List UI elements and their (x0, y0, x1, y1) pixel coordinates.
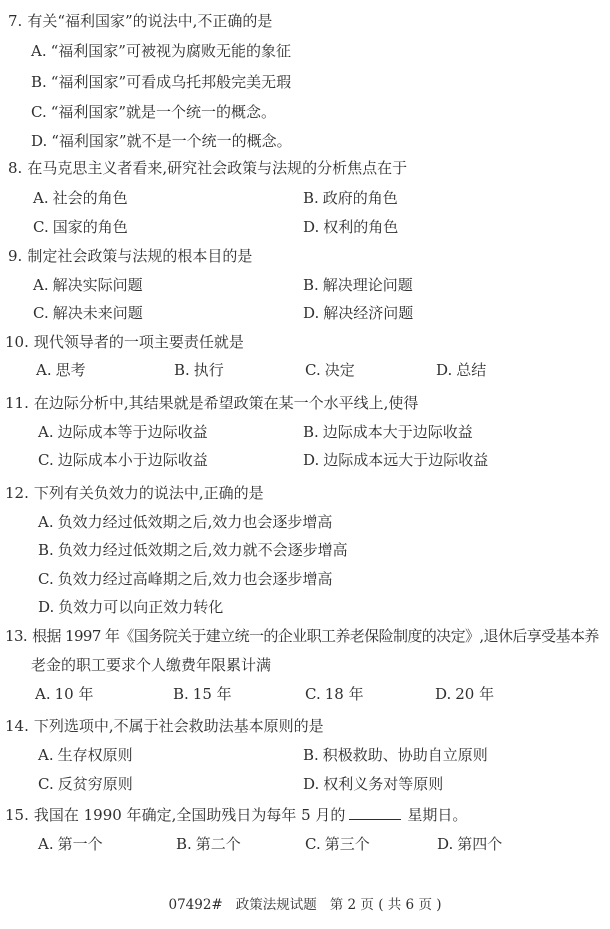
question-7-option-b: B.“福利国家”可看成乌托邦般完美无瑕 (31, 72, 291, 92)
option-label: A. (36, 361, 52, 379)
question-14-text: 14.下列选项中,不属于社会救助法基本原则的是 (5, 716, 324, 736)
question-12-option-b: B.负效力经过低效期之后,效力就不会逐步增高 (38, 540, 348, 560)
option-label: B. (303, 276, 319, 294)
option-label: B. (38, 541, 54, 559)
option-label: A. (33, 189, 49, 207)
option-label: A. (31, 42, 47, 60)
question-9-number: 9. (8, 247, 22, 265)
exam-code: 07492# (168, 897, 222, 913)
question-12-option-c: C.负效力经过高峰期之后,效力也会逐步增高 (38, 569, 333, 589)
option-label: D. (435, 685, 451, 703)
option-text: 负效力可以向正效力转化 (58, 598, 223, 616)
question-7-option-d: D.“福利国家”就不是一个统一的概念。 (31, 131, 292, 151)
option-label: B. (176, 835, 192, 853)
option-text: 解决未来问题 (53, 304, 143, 322)
option-label: D. (303, 775, 319, 793)
question-11-number: 11. (5, 394, 29, 412)
option-text: 执行 (194, 361, 224, 379)
option-text: 权利义务对等原则 (323, 775, 443, 793)
exam-title: 政策法规试题 (236, 897, 317, 913)
question-15-stem-after: 星期日。 (407, 806, 467, 824)
option-text: 思考 (56, 361, 86, 379)
question-15-option-a: A.第一个 (38, 834, 103, 854)
option-label: D. (303, 451, 319, 469)
question-15-text: 15.我国在 1990 年确定,全国助残日为每年 5 月的星期日。 (5, 805, 467, 825)
question-13-text-line2: 老金的职工要求个人缴费年限累计满 (31, 655, 271, 675)
question-11-option-d: D.边际成本远大于边际收益 (303, 450, 488, 470)
option-label: B. (303, 746, 319, 764)
question-7-stem: 有关“福利国家”的说法中,不正确的是 (27, 12, 272, 30)
option-label: C. (305, 361, 321, 379)
option-label: A. (38, 423, 54, 441)
option-text: 负效力经过低效期之后,效力也会逐步增高 (58, 513, 333, 531)
option-text: 权利的角色 (323, 218, 398, 236)
question-11-option-a: A.边际成本等于边际收益 (38, 422, 208, 442)
question-13-option-c: C.18 年 (305, 684, 364, 704)
option-text: 政府的角色 (323, 189, 398, 207)
question-7-text: 7.有关“福利国家”的说法中,不正确的是 (8, 11, 272, 31)
question-13-text-line1: 13.根据 1997 年《国务院关于建立统一的企业职工养老保险制度的决定》,退休… (5, 626, 599, 646)
option-text: “福利国家”就不是一个统一的概念。 (51, 132, 291, 150)
option-label: A. (33, 276, 49, 294)
option-label: C. (305, 685, 321, 703)
question-11-option-c: C.边际成本小于边际收益 (38, 450, 208, 470)
option-text: 边际成本小于边际收益 (58, 451, 208, 469)
question-10-option-a: A.思考 (36, 360, 86, 380)
question-8-option-b: B.政府的角色 (303, 188, 398, 208)
option-label: C. (305, 835, 321, 853)
question-13-stem-continued: 老金的职工要求个人缴费年限累计满 (31, 656, 271, 674)
option-label: C. (33, 304, 49, 322)
question-12-stem: 下列有关负效力的说法中,正确的是 (34, 484, 264, 502)
question-10-option-d: D.总结 (436, 360, 486, 380)
question-12-option-a: A.负效力经过低效期之后,效力也会逐步增高 (38, 512, 332, 532)
option-label: C. (38, 570, 54, 588)
option-text: 第四个 (457, 835, 502, 853)
question-13-number: 13. (5, 627, 27, 645)
question-11-stem: 在边际分析中,其结果就是希望政策在某一个水平线上,使得 (34, 394, 419, 412)
question-13-stem: 根据 1997 年《国务院关于建立统一的企业职工养老保险制度的决定》,退休后享受… (32, 627, 599, 645)
option-label: B. (303, 189, 319, 207)
question-11-option-b: B.边际成本大于边际收益 (303, 422, 473, 442)
question-12-text: 12.下列有关负效力的说法中,正确的是 (5, 483, 264, 503)
option-text: “福利国家”可被视为腐败无能的象征 (51, 42, 291, 60)
option-text: 社会的角色 (53, 189, 128, 207)
question-10-option-b: B.执行 (174, 360, 224, 380)
question-15-option-b: B.第二个 (176, 834, 241, 854)
option-text: 生存权原则 (58, 746, 133, 764)
question-8-option-a: A.社会的角色 (33, 188, 128, 208)
option-text: 反贫穷原则 (58, 775, 133, 793)
option-text: 边际成本大于边际收益 (323, 423, 473, 441)
question-15-option-d: D.第四个 (437, 834, 502, 854)
option-text: 第三个 (325, 835, 370, 853)
option-label: B. (303, 423, 319, 441)
option-text: 积极救助、协助自立原则 (323, 746, 488, 764)
question-14-option-a: A.生存权原则 (38, 745, 133, 765)
option-text: 边际成本等于边际收益 (58, 423, 208, 441)
exam-page: 7.有关“福利国家”的说法中,不正确的是 A.“福利国家”可被视为腐败无能的象征… (0, 0, 610, 929)
question-12-option-d: D.负效力可以向正效力转化 (38, 597, 223, 617)
question-15-stem-before: 我国在 1990 年确定,全国助残日为每年 5 月的 (34, 806, 346, 824)
page-number: 第 2 页 ( 共 6 页 ) (330, 897, 442, 913)
question-8-option-d: D.权利的角色 (303, 217, 398, 237)
question-14-number: 14. (5, 717, 29, 735)
option-text: “福利国家”可看成乌托邦般完美无瑕 (51, 73, 291, 91)
option-label: A. (35, 685, 51, 703)
option-label: A. (38, 513, 54, 531)
question-9-option-c: C.解决未来问题 (33, 303, 143, 323)
question-10-text: 10.现代领导者的一项主要责任就是 (5, 332, 244, 352)
option-text: 20 年 (455, 685, 494, 703)
question-8-number: 8. (8, 159, 22, 177)
option-label: D. (437, 835, 453, 853)
option-text: 总结 (456, 361, 486, 379)
question-7-option-a: A.“福利国家”可被视为腐败无能的象征 (31, 41, 291, 61)
option-text: 解决实际问题 (53, 276, 143, 294)
question-14-stem: 下列选项中,不属于社会救助法基本原则的是 (34, 717, 324, 735)
option-label: A. (38, 746, 54, 764)
option-text: 负效力经过高峰期之后,效力也会逐步增高 (58, 570, 333, 588)
option-label: D. (38, 598, 54, 616)
question-8-option-c: C.国家的角色 (33, 217, 128, 237)
option-text: 第一个 (58, 835, 103, 853)
question-11-text: 11.在边际分析中,其结果就是希望政策在某一个水平线上,使得 (5, 393, 418, 413)
page-footer: 07492#政策法规试题第 2 页 ( 共 6 页 ) (0, 895, 610, 915)
question-13-option-a: A.10 年 (35, 684, 93, 704)
option-text: 第二个 (196, 835, 241, 853)
question-9-option-d: D.解决经济问题 (303, 303, 413, 323)
question-9-stem: 制定社会政策与法规的根本目的是 (27, 247, 252, 265)
blank-underline (349, 805, 401, 820)
option-text: 15 年 (193, 685, 232, 703)
question-10-number: 10. (5, 333, 29, 351)
option-label: D. (303, 218, 319, 236)
option-text: 10 年 (55, 685, 94, 703)
question-14-option-c: C.反贫穷原则 (38, 774, 133, 794)
question-10-stem: 现代领导者的一项主要责任就是 (34, 333, 244, 351)
option-text: 边际成本远大于边际收益 (323, 451, 488, 469)
option-label: B. (173, 685, 189, 703)
question-8-stem: 在马克思主义者看来,研究社会政策与法规的分析焦点在于 (27, 159, 407, 177)
option-text: “福利国家”就是一个统一的概念。 (51, 103, 276, 121)
question-12-number: 12. (5, 484, 29, 502)
option-label: C. (31, 103, 47, 121)
option-label: C. (38, 451, 54, 469)
option-text: 18 年 (325, 685, 364, 703)
option-label: D. (31, 132, 47, 150)
option-text: 负效力经过低效期之后,效力就不会逐步增高 (58, 541, 348, 559)
question-14-option-b: B.积极救助、协助自立原则 (303, 745, 488, 765)
option-label: B. (31, 73, 47, 91)
option-label: C. (38, 775, 54, 793)
question-7-number: 7. (8, 12, 22, 30)
question-7-option-c: C.“福利国家”就是一个统一的概念。 (31, 102, 276, 122)
option-text: 解决经济问题 (323, 304, 413, 322)
option-text: 解决理论问题 (323, 276, 413, 294)
option-label: A. (38, 835, 54, 853)
question-9-text: 9.制定社会政策与法规的根本目的是 (8, 246, 252, 266)
question-13-option-d: D.20 年 (435, 684, 494, 704)
question-15-number: 15. (5, 806, 29, 824)
option-label: B. (174, 361, 190, 379)
question-13-option-b: B.15 年 (173, 684, 232, 704)
option-text: 决定 (325, 361, 355, 379)
question-8-text: 8.在马克思主义者看来,研究社会政策与法规的分析焦点在于 (8, 158, 407, 178)
option-label: C. (33, 218, 49, 236)
question-15-option-c: C.第三个 (305, 834, 370, 854)
question-14-option-d: D.权利义务对等原则 (303, 774, 443, 794)
question-10-option-c: C.决定 (305, 360, 355, 380)
option-text: 国家的角色 (53, 218, 128, 236)
question-9-option-b: B.解决理论问题 (303, 275, 413, 295)
question-9-option-a: A.解决实际问题 (33, 275, 143, 295)
option-label: D. (436, 361, 452, 379)
option-label: D. (303, 304, 319, 322)
